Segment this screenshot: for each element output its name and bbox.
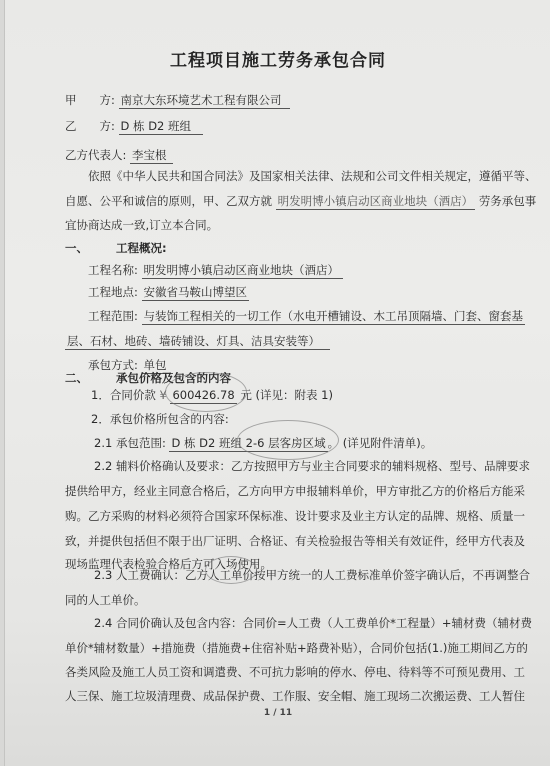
item-2-4-line-2: 单价*辅材数量）+措施费（措施费+住宿补贴+路费补贴），合同价包括(1.)施工期… <box>65 640 528 656</box>
section-1-title: 工程概况: <box>116 241 167 255</box>
intro-line-2: 自愿、公平和诚信的原则，甲、乙双方就 明发明博小镇启动区商业地块（酒店） 劳务承… <box>65 193 536 209</box>
handwritten-circle-scope <box>237 420 339 460</box>
section-2-number: 二、 <box>65 371 88 385</box>
document-title: 工程项目施工劳务承包合同 <box>5 46 550 71</box>
project-scope-value-2: 层、石材、地砖、墙砖铺设、灯具、洁具安装等） <box>65 334 330 350</box>
item-2-4-line-3: 各类风险及施工人员工资和调遣费、不可抗力影响的停水、停电、待料等不可预见费用、工 <box>65 664 525 680</box>
party-b-rep-label: 乙方代表人: <box>65 148 126 162</box>
project-scope-row: 工程范围: 与装饰工程相关的一切工作（水电开槽铺设、木工吊顶隔墙、门套、窗套基 <box>88 308 525 324</box>
item-2-4-line-1: 2.4 合同价确认及包含内容：合同价=人工费（人工费单价*工程量）+辅材费（辅材… <box>94 615 532 631</box>
document-page: 工程项目施工劳务承包合同 甲 方: 南京大东环境艺术工程有限公司 乙 方: D … <box>4 0 550 766</box>
party-a-row: 甲 方: 南京大东环境艺术工程有限公司 <box>65 92 290 108</box>
page-number: 1 / 11 <box>5 708 550 718</box>
party-b-rep-row: 乙方代表人: 李宝根 <box>65 147 173 163</box>
project-name-row: 工程名称: 明发明博小镇启动区商业地块（酒店） <box>88 262 343 278</box>
project-location-value: 安徽省马鞍山博望区 <box>142 285 250 301</box>
item-2-2-line-3: 购。乙方采购的材料必须符合国家环保标准、设计要求及业主方认定的品牌、规格、质量一 <box>65 508 525 524</box>
project-scope-row-2: 层、石材、地砖、墙砖铺设、灯具、洁具安装等） <box>65 333 330 349</box>
item-2-row: 2．承包价格所包含的内容: <box>91 411 229 427</box>
contract-scope-note: (详见附件清单)。 <box>343 436 432 450</box>
project-name-value: 明发明博小镇启动区商业地块（酒店） <box>142 263 344 279</box>
section-1-number: 一、 <box>65 241 88 255</box>
intro-line-3: 宜协商达成一致,订立本合同。 <box>65 217 218 233</box>
party-b-label: 乙 方: <box>65 119 115 133</box>
item-2-2-line-1: 2.2 辅料价格确认及要求：乙方按照甲方与业主合同要求的辅料规格、型号、品牌要求 <box>94 458 530 474</box>
project-scope-value-1: 与装饰工程相关的一切工作（水电开槽铺设、木工吊顶隔墙、门套、窗套基 <box>142 309 526 325</box>
party-b-row: 乙 方: D 栋 D2 班组 <box>65 118 203 134</box>
item-2-3-line-2: 同的人工单价。 <box>65 592 146 608</box>
intro-line-1: 依照《中华人民共和国合同法》及国家相关法律、法规和公司文件相关规定，遵循平等、 <box>88 168 537 184</box>
item-2-2-line-2: 提供给甲方，经业主同意合格后，乙方向甲方申报辅料单价，甲方审批乙方的价格后方能采 <box>65 483 525 499</box>
party-a-label: 甲 方: <box>65 93 115 107</box>
party-b-value: D 栋 D2 班组 <box>119 119 204 135</box>
item-2-4-line-4: 人三保、施工垃圾清理费、成品保护费、工作服、安全帽、施工现场二次搬运费、工人暂住 <box>65 688 525 704</box>
section-1-heading: 一、 工程概况: <box>65 240 167 256</box>
item-2-3-line-1: 2.3 人工费确认：乙方人工单价按甲方统一的人工费标准单价签字确认后，不再调整合 <box>94 567 530 583</box>
project-location-row: 工程地点: 安徽省马鞍山博望区 <box>88 284 249 300</box>
handwritten-circle-unit-price <box>205 556 257 584</box>
party-b-rep-value: 李宝根 <box>130 148 173 164</box>
project-name-inline: 明发明博小镇启动区商业地块（酒店） <box>276 194 476 210</box>
party-a-value: 南京大东环境艺术工程有限公司 <box>119 93 290 109</box>
contract-price-note: (详见：附表 1) <box>255 388 332 402</box>
handwritten-circle-price <box>165 372 247 412</box>
item-2-2-line-4: 致，并提供包括但不限于出厂证明、合格证、有关检验报告等相关有效证件，经甲方代表及 <box>65 533 525 549</box>
